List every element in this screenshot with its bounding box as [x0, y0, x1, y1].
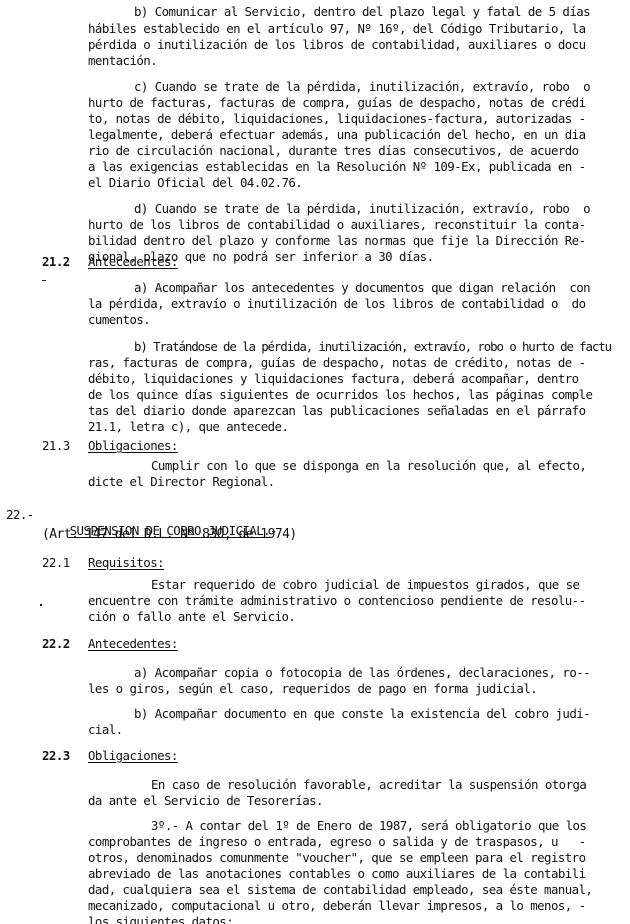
paragraph-line: ras, facturas de compra, guías de despac…	[88, 355, 586, 371]
paragraph-line: el Diario Oficial del 04.02.76.	[88, 175, 302, 191]
paragraph-line: rio de circulación nacional, durante tre…	[88, 143, 579, 159]
paragraph-line: abreviado de las anotaciones contables o…	[88, 866, 586, 882]
paragraph-line: b) Comunicar al Servicio, dentro del pla…	[134, 4, 590, 20]
paragraph-line: bilidad dentro del plazo y conforme las …	[88, 233, 586, 249]
section-heading: Antecedentes:	[88, 636, 178, 652]
section-number: 22.-	[6, 507, 34, 523]
paragraph-line: a) Acompañar copia o fotocopia de las ór…	[134, 665, 590, 681]
paragraph-line: c) Cuando se trate de la pérdida, inutil…	[134, 79, 590, 95]
section-number: 21.3	[42, 438, 70, 454]
paragraph-line: mentación.	[88, 53, 157, 69]
paragraph-line: Cumplir con lo que se disponga en la res…	[151, 458, 586, 474]
paragraph-line: tas del diario donde aparezcan las publi…	[88, 403, 586, 419]
section-heading: Obligaciones:	[88, 438, 178, 454]
paragraph-line: hurto de facturas, facturas de compra, g…	[88, 95, 586, 111]
section-number: 22.3	[42, 748, 70, 764]
paragraph-line: hurto de los libros de contabilidad o au…	[88, 217, 586, 233]
paragraph-line: En caso de resolución favorable, acredit…	[151, 777, 586, 793]
paragraph-line: los siguientes datos:	[88, 914, 233, 924]
paragraph-line: otros, denominados comunmente "voucher",…	[88, 850, 586, 866]
paragraph-line: legalmente, deberá efectuar además, una …	[88, 127, 586, 143]
scan-mark	[40, 604, 42, 606]
section-heading: Antecedentes:	[88, 254, 178, 270]
paragraph-line: b) Tratándose de la pérdida, inutilizaci…	[134, 339, 611, 355]
section-number: 22.2	[42, 636, 70, 652]
section-heading: Requisitos:	[88, 555, 164, 571]
legal-reference: (Art. 147 del D.L. Nº 830, de 1974)	[42, 527, 297, 543]
paragraph-line: to, notas de débito, liquidaciones, liqu…	[88, 111, 586, 127]
paragraph-line: Estar requerido de cobro judicial de imp…	[151, 577, 579, 593]
section-heading: Obligaciones:	[88, 748, 178, 764]
paragraph-line: ción o fallo ante el Servicio.	[88, 609, 295, 625]
paragraph-line: dicte el Director Regional.	[88, 474, 275, 490]
paragraph-line: mecanizado, computacional u otro, deberá…	[88, 898, 586, 914]
paragraph-line: la pérdida, extravío o inutilización de …	[88, 296, 586, 312]
paragraph-line: 3º.- A contar del 1º de Enero de 1987, s…	[151, 818, 586, 834]
paragraph-line: hábiles establecido en el artículo 97, N…	[88, 21, 586, 37]
paragraph-line: a las exigencias establecidas en la Reso…	[88, 159, 586, 175]
paragraph-line: les o giros, según el caso, requeridos d…	[88, 681, 537, 697]
paragraph-line: cumentos.	[88, 312, 150, 328]
section-number: 22.1	[42, 555, 70, 571]
paragraph-line: d) Cuando se trate de la pérdida, inutil…	[134, 201, 590, 217]
paragraph-line: encuentre con trámite administrativo o c…	[88, 593, 586, 609]
paragraph-line: comprobantes de ingreso o entrada, egres…	[88, 834, 586, 850]
paragraph-line: de los quince días siguientes de ocurrid…	[88, 387, 592, 403]
paragraph-line: pérdida o inutilización de los libros de…	[88, 37, 586, 53]
paragraph-line: 21.1, letra c), que antecede.	[88, 419, 288, 435]
paragraph-line: da ante el Servicio de Tesorerías.	[88, 793, 323, 809]
paragraph-line: b) Acompañar documento en que conste la …	[134, 706, 590, 722]
section-number: 21.2	[42, 254, 70, 270]
paragraph-line: cial.	[88, 722, 123, 738]
document-page: b) Comunicar al Servicio, dentro del pla…	[0, 0, 630, 924]
paragraph-line: a) Acompañar los antecedentes y document…	[134, 280, 590, 296]
scan-mark	[42, 280, 46, 281]
paragraph-line: débito, liquidaciones y liquidaciones fa…	[88, 371, 579, 387]
paragraph-line: dad, cualquiera sea el sistema de contab…	[88, 882, 592, 898]
